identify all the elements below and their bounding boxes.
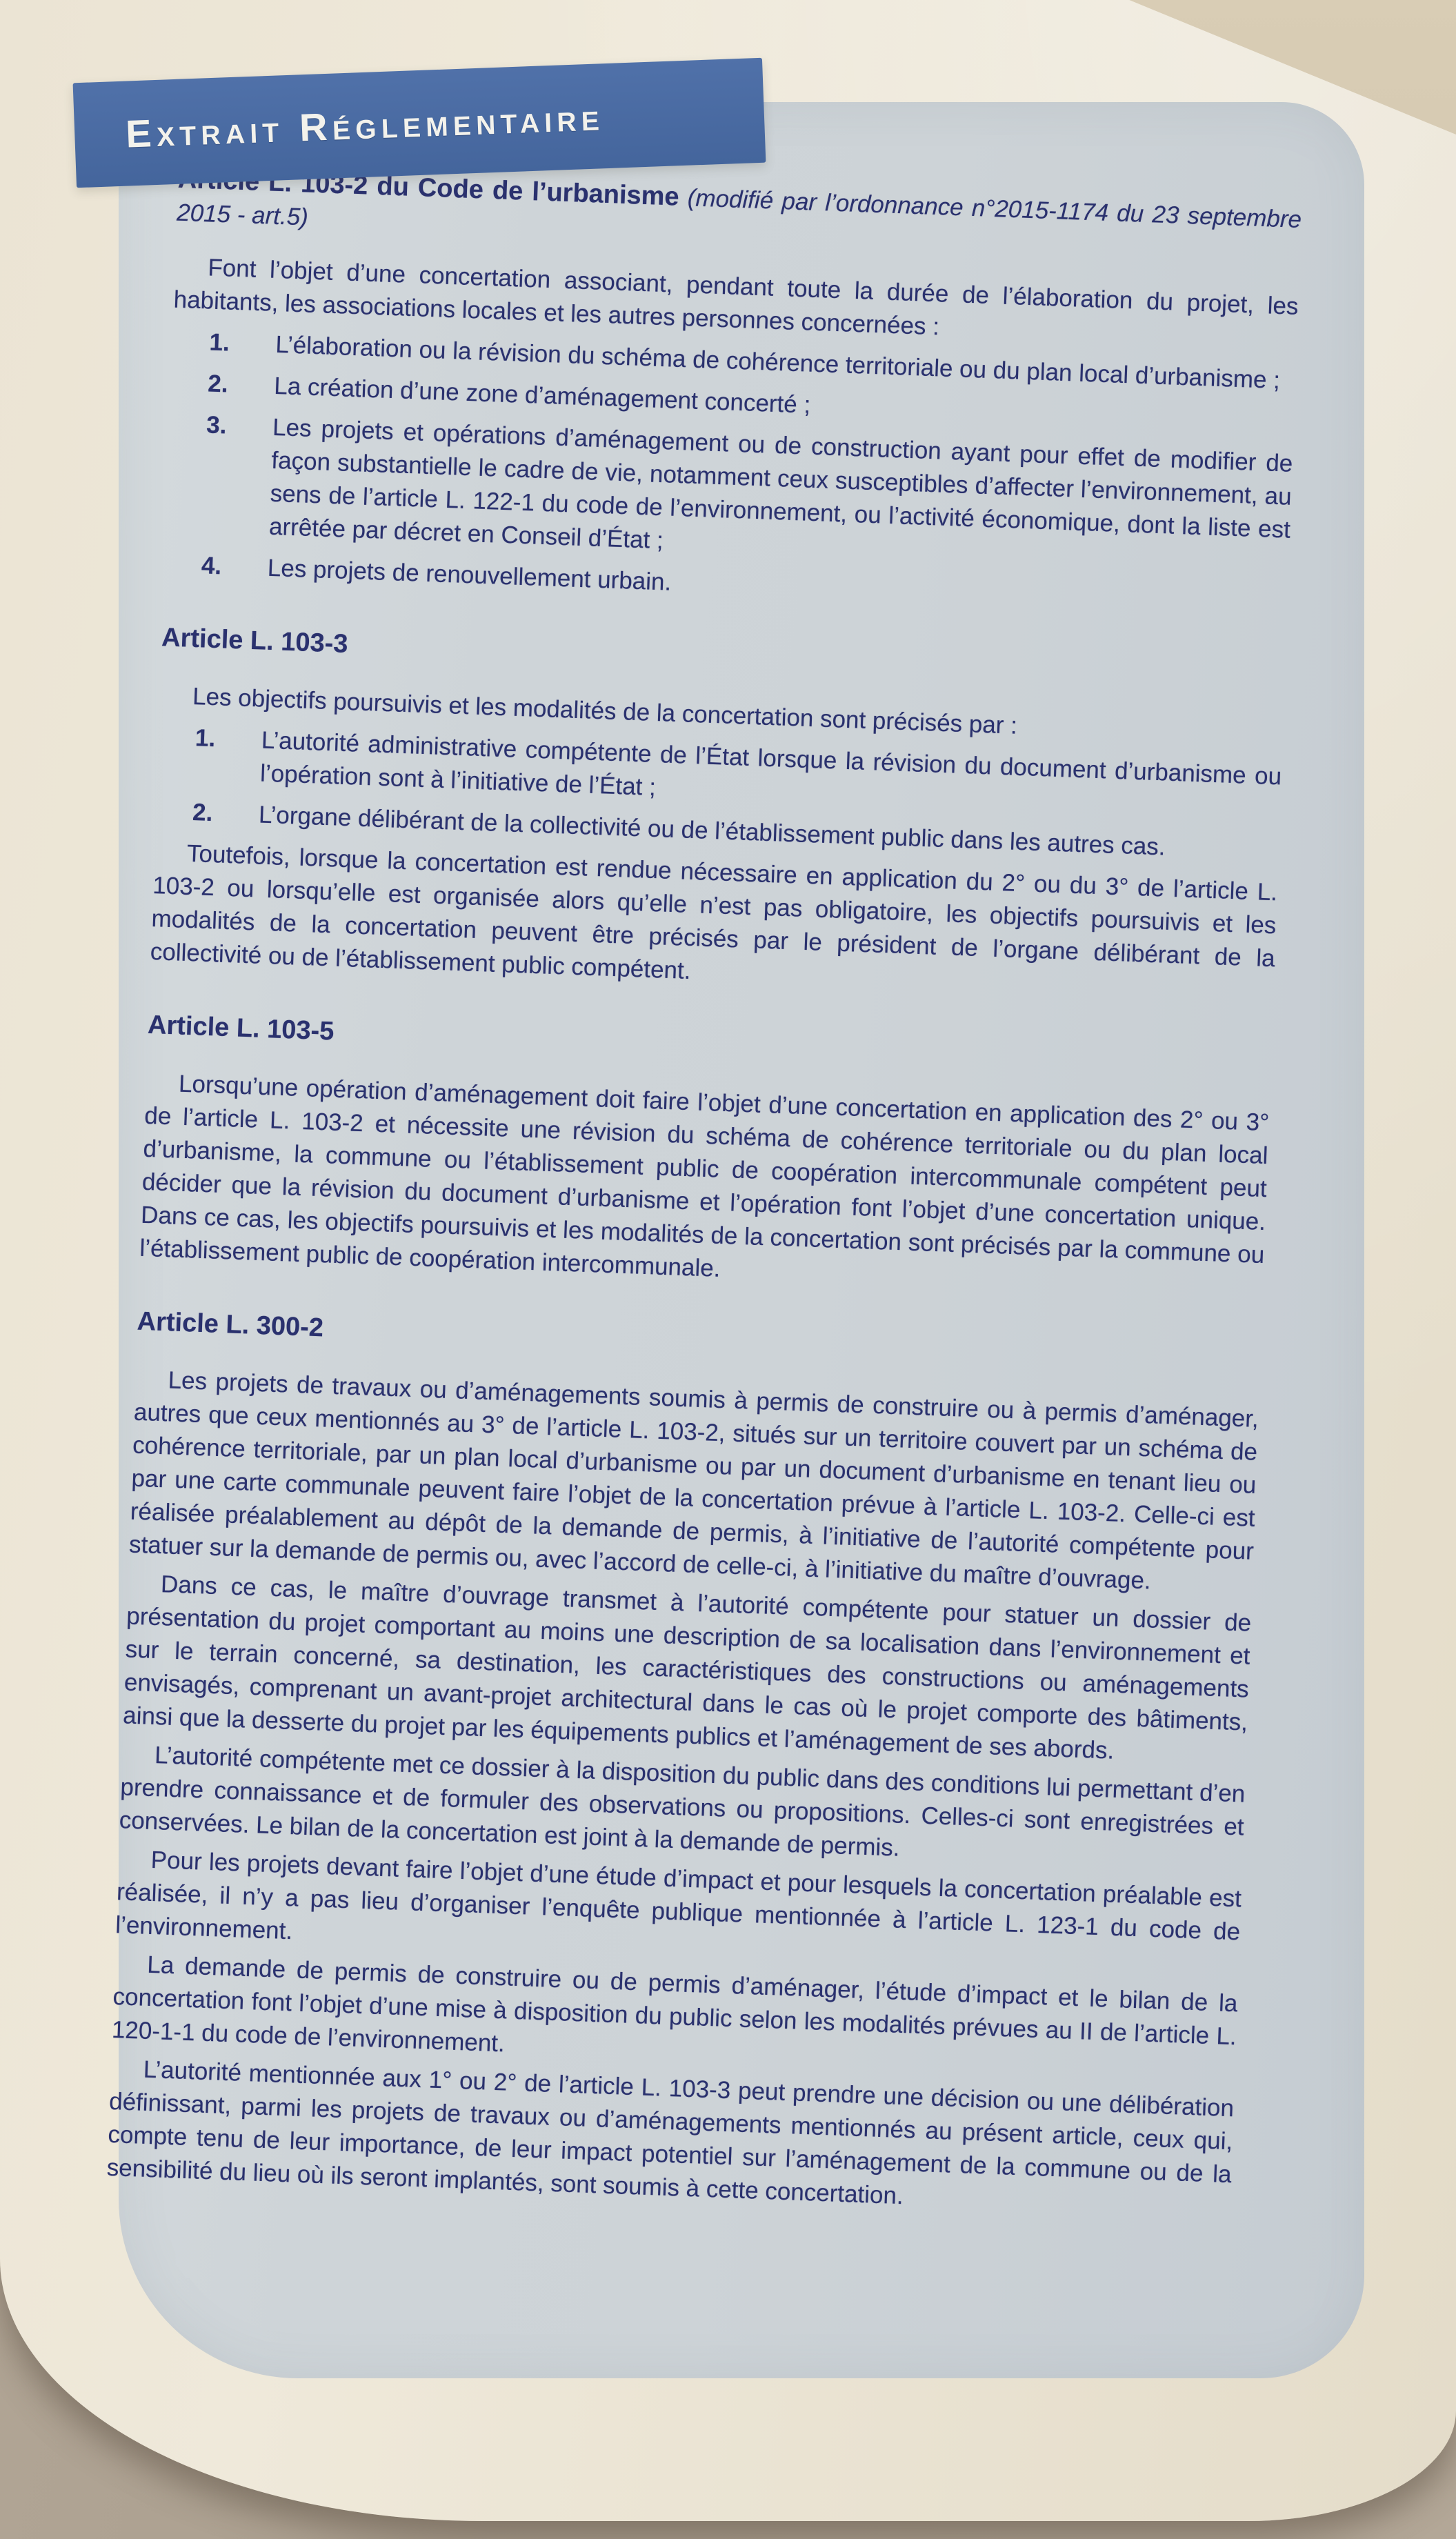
textbox-content: Article L. 103-2 du Code de l’urbanisme …	[44, 101, 1364, 2227]
item-text: Les projets de renouvellement urbain.	[267, 555, 672, 596]
item-number: 1.	[195, 721, 216, 755]
item-text: La création d’une zone d’aménagement con…	[274, 372, 811, 419]
article-section-l103-3: Article L. 103-3 Les objectifs poursuivi…	[150, 621, 1286, 1008]
section-heading: Article L. 300-2	[137, 1305, 1261, 1378]
paragraph: Lorsqu’une opération d’aménagement doit …	[139, 1066, 1270, 1305]
paragraph-group: Lorsqu’une opération d’aménagement doit …	[139, 1066, 1270, 1305]
article-section-l103-2: Article L. 103-2 du Code de l’urbanisme …	[163, 163, 1302, 621]
item-number: 3.	[206, 408, 227, 442]
item-number: 2.	[192, 796, 213, 830]
paragraph: Dans ce cas, le maître d’ouvrage transme…	[122, 1566, 1252, 1772]
item-number: 4.	[201, 549, 222, 583]
article-section-l300-2: Article L. 300-2 Les projets de travaux …	[106, 1305, 1261, 2224]
item-number: 1.	[209, 326, 230, 360]
photo-backdrop: { "colors":{ "backdrop_taupe":"#ab9f8f",…	[0, 0, 1456, 2539]
article-title: Article L. 103-2 du Code de l’urbanisme …	[176, 163, 1302, 270]
banner-title: Extrait Réglementaire	[125, 94, 605, 156]
item-number: 2.	[208, 367, 229, 401]
paragraph: Les projets de travaux ou d’aménagements…	[128, 1363, 1259, 1602]
regulatory-textbox: Article L. 103-2 du Code de l’urbanisme …	[119, 102, 1364, 2378]
section-heading: Article L. 103-5	[147, 1008, 1272, 1082]
article-section-l103-5: Article L. 103-5 Lorsqu’une opération d’…	[139, 1008, 1272, 1305]
item-text: Les projets et opérations d’aménagement …	[268, 414, 1293, 554]
ordered-list: 1. L’élaboration ou la révision du schém…	[163, 325, 1296, 621]
paragraph-group: Les projets de travaux ou d’aménagements…	[106, 1363, 1259, 2225]
book-page: Article L. 103-2 du Code de l’urbanisme …	[0, 0, 1456, 2521]
section-heading: Article L. 103-3	[161, 621, 1286, 694]
